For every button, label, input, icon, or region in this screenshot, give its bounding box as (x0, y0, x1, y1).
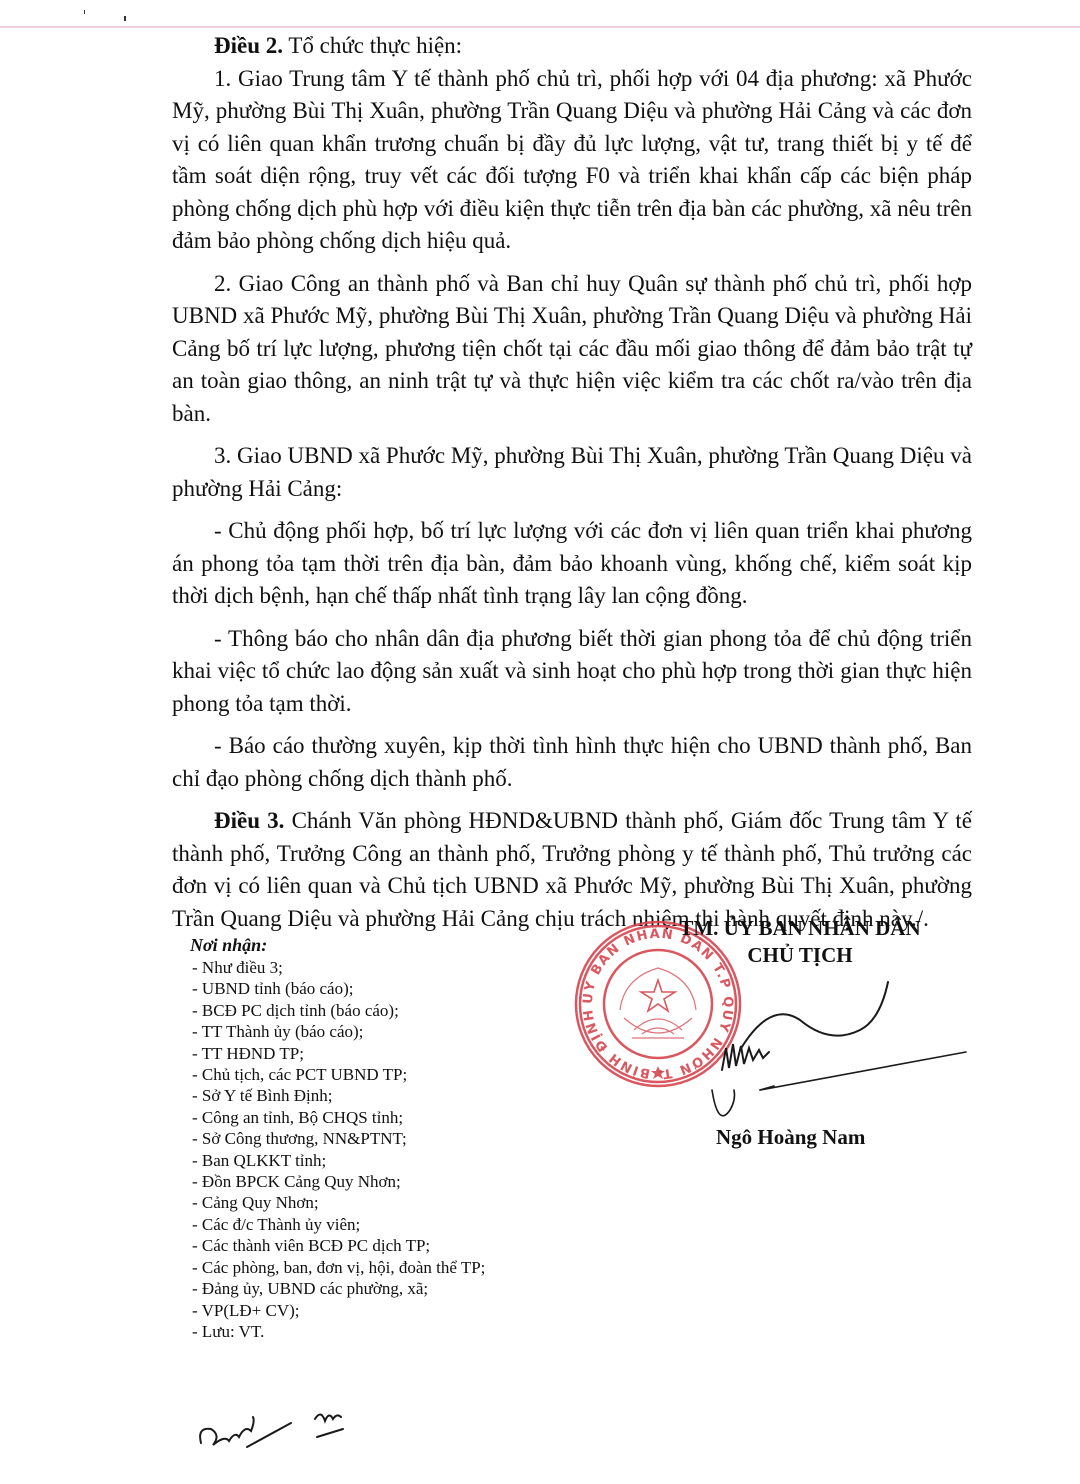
recipient-item: - BCĐ PC dịch tỉnh (báo cáo); (192, 1000, 570, 1021)
article-2-subitem-1: - Chủ động phối hợp, bố trí lực lượng vớ… (172, 515, 972, 613)
recipient-item: - Công an tỉnh, Bộ CHQS tỉnh; (192, 1107, 570, 1128)
article-2-subitem-2: - Thông báo cho nhân dân địa phương biết… (172, 623, 972, 721)
scan-mark (124, 16, 126, 21)
recipient-item: - TT Thành ủy (báo cáo); (192, 1021, 570, 1042)
document-body: Điều 2. Tổ chức thực hiện: 1. Giao Trung… (172, 26, 972, 935)
signature-organization: TM. ỦY BAN NHÂN DÂN (650, 915, 950, 942)
initials-signature-icon (195, 1365, 355, 1460)
recipient-item: - Như điều 3; (192, 957, 570, 978)
recipient-item: - Cảng Quy Nhơn; (192, 1192, 570, 1213)
recipient-item: - Lưu: VT. (192, 1321, 570, 1342)
recipient-item: - Đồn BPCK Cảng Quy Nhơn; (192, 1171, 570, 1192)
article-2-label: Điều 2. (214, 33, 283, 58)
article-2-heading: Điều 2. Tổ chức thực hiện: (172, 30, 972, 63)
recipient-item: - UBND tỉnh (báo cáo); (192, 978, 570, 999)
recipient-item: - Các phòng, ban, đơn vị, hội, đoàn thể … (192, 1257, 570, 1278)
article-3-text: Chánh Văn phòng HĐND&UBND thành phố, Giá… (172, 808, 972, 931)
scan-mark (84, 10, 85, 14)
article-2-item-2: 2. Giao Công an thành phố và Ban chỉ huy… (172, 268, 972, 431)
recipient-item: - Các đ/c Thành ủy viên; (192, 1214, 570, 1235)
article-2-title: Tổ chức thực hiện: (283, 33, 462, 58)
article-2-item-1: 1. Giao Trung tâm Y tế thành phố chủ trì… (172, 63, 972, 258)
recipient-item: - Chủ tịch, các PCT UBND TP; (192, 1064, 570, 1085)
recipients-block: Nơi nhận: - Như điều 3; - UBND tỉnh (báo… (190, 933, 570, 1342)
recipient-item: - VP(LĐ+ CV); (192, 1300, 570, 1321)
recipient-item: - Đảng ủy, UBND các phường, xã; (192, 1278, 570, 1299)
recipient-item: - Các thành viên BCĐ PC dịch TP; (192, 1235, 570, 1256)
signer-name: Ngô Hoàng Nam (716, 1125, 865, 1150)
article-2-subitem-3: - Báo cáo thường xuyên, kịp thời tình hì… (172, 730, 972, 795)
recipient-item: - TT HĐND TP; (192, 1043, 570, 1064)
recipients-list: - Như điều 3; - UBND tỉnh (báo cáo); - B… (190, 957, 570, 1342)
article-2-item-3: 3. Giao UBND xã Phước Mỹ, phường Bùi Thị… (172, 440, 972, 505)
recipient-item: - Ban QLKKT tỉnh; (192, 1150, 570, 1171)
handwritten-signature-icon (700, 960, 980, 1120)
recipients-title: Nơi nhận: (190, 933, 570, 957)
recipient-item: - Sở Công thương, NN&PTNT; (192, 1128, 570, 1149)
recipient-item: - Sở Y tế Bình Định; (192, 1085, 570, 1106)
article-3-label: Điều 3. (214, 808, 284, 833)
